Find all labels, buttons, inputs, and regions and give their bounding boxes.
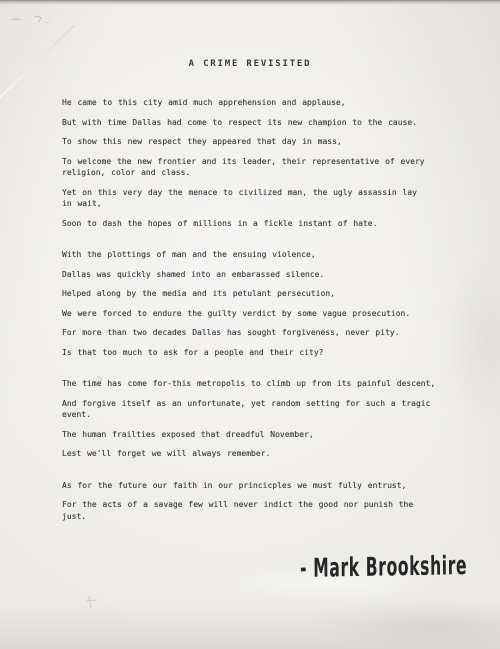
poem-line: Soon to dash the hopes of millions in a … (62, 218, 492, 230)
stanza-3: The time has come for-this metropolis to… (62, 378, 492, 460)
poem-line: Helped along by the media and its petula… (62, 288, 492, 300)
poem-line: For more than two decades Dallas has sou… (62, 327, 492, 339)
poem-line: With the plottings of man and the ensuin… (62, 249, 492, 261)
poem-title: A CRIME REVISITED (0, 59, 500, 69)
stanza-4: As for the future our faith in our princ… (62, 480, 492, 523)
pencil-mark (85, 594, 99, 610)
scanned-page: A CRIME REVISITED He came to this city a… (0, 0, 500, 649)
poem-line: As for the future our faith in our princ… (62, 480, 492, 492)
poem-body: He came to this city amid much apprehens… (62, 97, 492, 542)
poem-line: Is that too much to ask for a people and… (62, 347, 492, 359)
stanza-2: With the plottings of man and the ensuin… (62, 249, 492, 358)
poem-line: But with time Dallas had come to respect… (62, 117, 492, 129)
pencil-mark (10, 12, 52, 26)
poem-line: To welcome the new frontier and its lead… (62, 156, 492, 179)
signature: - Mark Brookshire (300, 551, 467, 584)
poem-line: And forgive itself as an unfortunate, ye… (62, 398, 492, 421)
poem-line: The human frailties exposed that dreadfu… (62, 429, 492, 441)
poem-line: Yet on this very day the menace to civil… (62, 187, 492, 210)
poem-line: He came to this city amid much apprehens… (62, 97, 492, 109)
paper-wrinkle (240, 529, 500, 649)
poem-line: The time has come for-this metropolis to… (62, 378, 492, 390)
poem-line: To show this new respect they appeared t… (62, 136, 492, 148)
poem-line: Lest we'll forget we will always remembe… (62, 448, 492, 460)
stanza-1: He came to this city amid much apprehens… (62, 97, 492, 229)
poem-line: Dallas was quickly shamed into an embara… (62, 269, 492, 281)
poem-line: For the acts of a savage few will never … (62, 499, 492, 522)
poem-line: We were forced to endure the guilty verd… (62, 308, 492, 320)
